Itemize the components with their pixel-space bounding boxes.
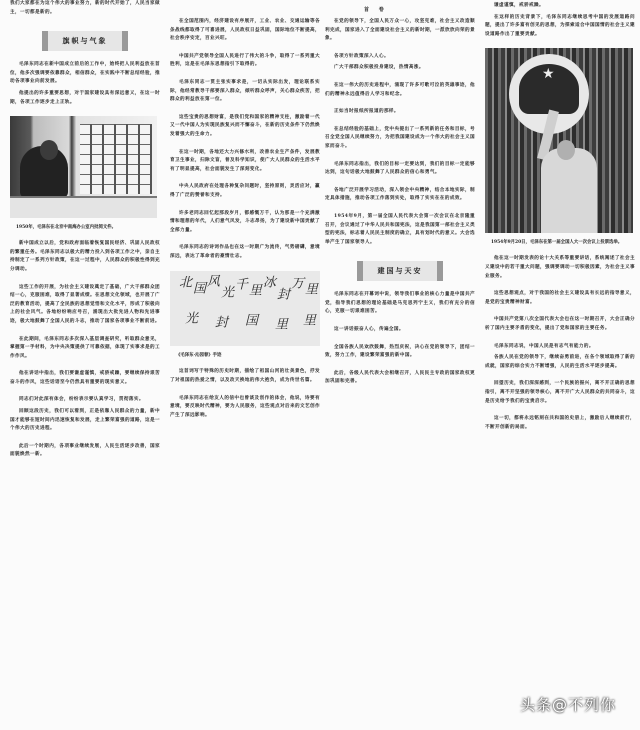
body-paragraph: 各地广泛开展学习活动，深入领会中央精神，结合本地实际，制定具体措施，推动各项工作… (325, 187, 475, 204)
body-paragraph: 此后，各级人民代表大会相继召开，人民民主专政的国家政权更加巩固和完善。 (325, 370, 475, 387)
section-heading-2-text: 建国与天安 (378, 266, 423, 276)
body-paragraph: 在这样的历史背景下，毛泽东同志继续思考中国的发展道路问题，提出了许多富有创见的思… (485, 14, 635, 40)
calligraphy-char: 里 (298, 313, 317, 324)
body-paragraph: 这些宝贵的思想财富，是我们党和国家的精神支柱，激励着一代又一代中国人为实现民族复… (170, 114, 320, 140)
body-paragraph: 许多老同志回忆起那段岁月，都感慨万千，认为那是一个充满激情和理想的年代，人们意气… (170, 210, 320, 236)
body-paragraph: 这一切，都将永远铭刻在共和国的史册上，激励后人继续前行，不断开创新的局面。 (485, 415, 635, 432)
photo-emblem-vote: ★ (485, 48, 633, 233)
watermark-text: 头条@不列你 (520, 694, 616, 715)
calligraphy-char: 国 (240, 313, 259, 324)
body-paragraph: 回顾这段历史，我们可以看到，正是依靠人民群众的力量，新中国才能够在短时间内迅速恢… (10, 408, 160, 434)
body-paragraph: 中国共产党第八次全国代表大会也在这一时期召开，大会正确分析了国内主要矛盾的变化，… (485, 316, 635, 333)
body-paragraph: 他提出的许多重要思想，对于国家建设具有深远意义，在这一时期，各项工作逐步走上正轨… (10, 90, 160, 107)
body-paragraph: 在党的领导下，全国人民万众一心，攻坚克难，社会主义改造顺利完成，国家进入了全面建… (325, 18, 475, 44)
calligraphy-char: 冰 (258, 275, 277, 286)
calligraphy-image: 北 国 风 光 千 里 冰 封 万 里 光 封 国 里 里 (170, 271, 320, 346)
window-shape (80, 124, 152, 194)
column-3: 在党的领导下，全国人民万众一心，攻坚克难，社会主义改造顺利完成，国家进入了全面建… (325, 0, 475, 396)
column-1: 我们大家都在为这个伟大的事业努力，新的时代开始了，人民当家做主，一切都是新的。 … (10, 0, 160, 469)
body-paragraph: 毛泽东同志在给友人的信中也曾谈及创作的体会，他说，诗要有意境，要反映时代精神，要… (170, 395, 320, 421)
body-paragraph: 中央人民政府在处理各种复杂问题时，坚持原则，灵活应对，赢得了广泛的赞誉和支持。 (170, 183, 320, 200)
body-paragraph: 中国共产党领导全国人民进行了伟大的斗争，取得了一系列重大胜利，这是在毛泽东思想指… (170, 53, 320, 70)
body-paragraph: 毛泽东同志的诗词作品也在这一时期广为流传，气势磅礴，意境深远，表达了革命者的豪情… (170, 244, 320, 261)
body-paragraph: 毛泽东同志一贯主张实事求是，一切从实际出发，理论联系实际，他经常教导干部要深入群… (170, 79, 320, 105)
body-paragraph: 毛泽东同志在开幕词中说，领导我们事业的核心力量是中国共产党，指导我们思想的理论基… (325, 291, 475, 317)
body-paragraph: 1954年9月，第一届全国人民代表大会第一次会议在北京隆重召开，会议通过了中华人… (325, 213, 475, 247)
calligraphy-char: 光 (180, 311, 199, 322)
body-paragraph: 新中国成立以后，党和政府面临着恢复国民经济、巩固人民政权的繁重任务。毛泽东同志以… (10, 240, 160, 274)
body-paragraph: 毛泽东同志指出，我们的目标一定要达到，我们的目标一定能够达到，这句话极大地鼓舞了… (325, 161, 475, 178)
intro-paragraph: 谦虚谨慎，戒骄戒躁。 (485, 2, 635, 11)
body-paragraph: 同志们对此深有体会，纷纷表示要认真学习，贯彻落实。 (10, 396, 160, 405)
body-paragraph: 这些工作的开展，为社会主义建设奠定了基础，广大干部群众团结一心，克服困难，取得了… (10, 284, 160, 327)
body-paragraph: 在这一时期，各地还大力兴修水利，改善农业生产条件，发展教育卫生事业，扫除文盲，普… (170, 149, 320, 175)
photo-2-caption: 1954年9月20日，毛泽东在第一届全国人大一次会议上投票选举。 (485, 239, 635, 247)
desk-shape (10, 196, 157, 218)
section-heading-1-text: 旗帜与气象 (63, 36, 108, 46)
body-paragraph: 在此期间，毛泽东同志多次深入基层调查研究，听取群众意见，掌握第一手材料，为中央决… (10, 336, 160, 362)
calligraphy-char: 封 (210, 315, 229, 326)
body-paragraph: 此后一个时期内，各项事业继续发展，人民生活逐步改善，国家面貌焕然一新。 (10, 443, 160, 460)
calligraphy-char: 封 (272, 287, 291, 298)
photo-desk-office (10, 116, 157, 218)
calligraphy-caption: 《毛泽东·沁园春》手迹 (170, 352, 320, 360)
photo-1-caption: 1950年，毛泽东在北京中南海办公室内批阅文件。 (10, 224, 160, 232)
calligraphy-char: 里 (270, 317, 289, 328)
body-paragraph: 在这一伟大的历史进程中，涌现了许多可歌可泣的英雄事迹，他们的精神永远值得后人学习… (325, 82, 475, 99)
body-paragraph: 各族人民在党的领导下，继续奋勇前进，在各个领域取得了新的成就，国家的综合实力不断… (485, 354, 635, 371)
body-paragraph: 各项方针政策深入人心。 (325, 53, 475, 62)
body-paragraph: 毛泽东同志在新中国成立前后的工作中，始终把人民利益放在首位，他多次强调要依靠群众… (10, 61, 160, 87)
section-heading-1: 旗帜与气象 (42, 31, 128, 51)
body-paragraph: 广大干部群众积极投身建设，热情高涨。 (325, 64, 475, 73)
intro-paragraph: 我们大家都在为这个伟大的事业努力，新的时代开始了，人民当家做主，一切都是新的。 (10, 0, 160, 17)
body-paragraph: 这首词写于特殊的历史时期，描绘了祖国山河的壮美景色，抒发了对祖国的热爱之情，以及… (170, 368, 320, 385)
body-paragraph: 毛泽东同志说，中国人民是有志气有能力的。 (485, 343, 635, 352)
body-paragraph: 这些思想观点，对于我国的社会主义建设具有长远的指导意义，是党的宝贵精神财富。 (485, 290, 635, 307)
column-2: 在全国范围内，经济建设有序展开，工业、农业、交通运输等各条战线都取得了可喜进展，… (170, 0, 320, 429)
body-paragraph: 正如当时报纸所报道的那样。 (325, 108, 475, 117)
column-4: 谦虚谨慎，戒骄戒躁。 在这样的历史背景下，毛泽东同志继续思考中国的发展道路问题，… (485, 0, 635, 441)
calligraphy-char: 里 (300, 282, 319, 293)
body-paragraph: 在总结经验的基础上，党中央提出了一系列新的任务和目标，号召全党全国人民继续努力，… (325, 126, 475, 152)
body-paragraph: 他在这一时期发表的论十大关系等重要讲话，系统阐述了社会主义建设中的若干重大问题，… (485, 255, 635, 281)
figure-shape (541, 148, 597, 233)
star-icon: ★ (542, 66, 555, 82)
body-paragraph: 全国各族人民欢欣鼓舞，热烈庆祝，决心在党的领导下，团结一致，努力工作，建设繁荣富… (325, 344, 475, 361)
body-paragraph: 这一讲话振奋人心，传遍全国。 (325, 326, 475, 335)
section-heading-2: 建国与天安 (357, 261, 443, 281)
body-paragraph: 回望历史，我们深深感到，一个民族的振兴，离不开正确的思想指引，离不开坚强的领导核… (485, 380, 635, 406)
calligraphy-char: 风 (202, 274, 221, 285)
body-paragraph: 他在讲话中指出，我们要谦虚谨慎，戒骄戒躁，要继续保持艰苦奋斗的作风，这些话语至今… (10, 370, 160, 387)
body-paragraph: 在全国范围内，经济建设有序展开，工业、农业、交通运输等各条战线都取得了可喜进展，… (170, 18, 320, 44)
